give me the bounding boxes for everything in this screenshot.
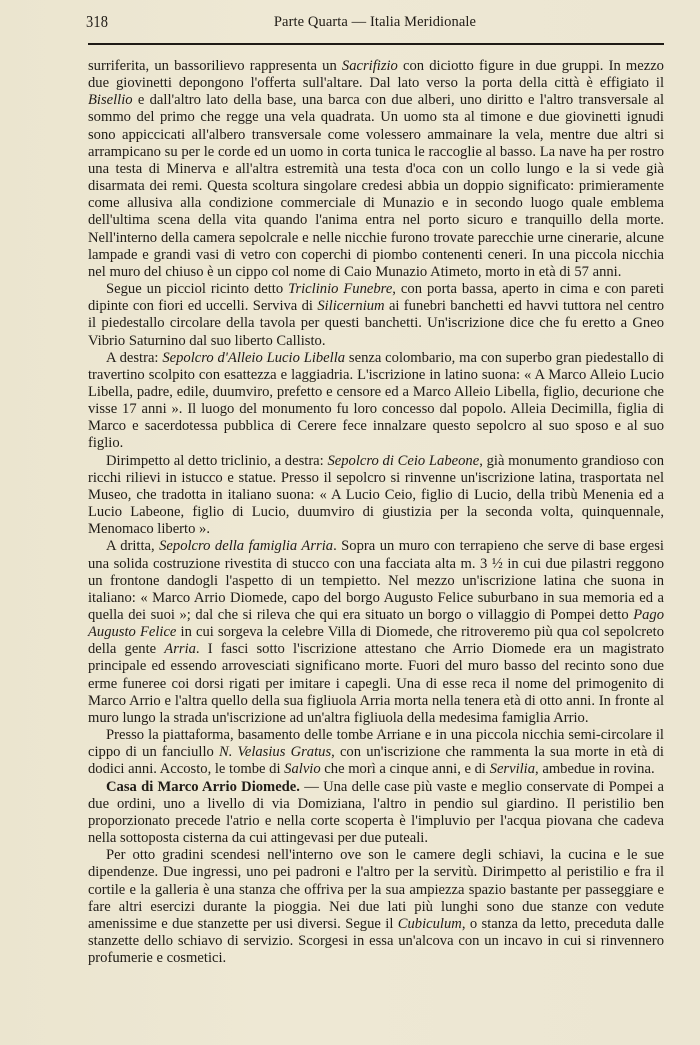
- paragraph: A destra: Sepolcro d'Alleio Lucio Libell…: [88, 350, 664, 453]
- paragraph: Segue un picciol ricinto detto Triclinio…: [88, 281, 664, 350]
- paragraph: Dirimpetto al detto triclinio, a destra:…: [88, 453, 664, 539]
- paragraph: Per otto gradini scendesi nell'interno o…: [88, 847, 664, 967]
- text-run: che morì a cinque anni, e di: [321, 761, 490, 777]
- text-run: A destra:: [106, 350, 162, 366]
- text-run: Dirimpetto al detto triclinio, a destra:: [106, 453, 327, 469]
- italic-term: Servilia: [490, 761, 535, 777]
- italic-term: Sepolcro d'Alleio Lucio Libella: [162, 350, 345, 366]
- italic-term: Sepolcro di Ceio Labeone: [327, 453, 479, 469]
- body-text: surriferita, un bassorilievo rappresenta…: [88, 58, 664, 967]
- italic-term: Salvio: [284, 761, 320, 777]
- italic-term: Bisellio: [88, 92, 133, 108]
- text-run: Segue un picciol ricinto detto: [106, 281, 288, 297]
- italic-term: Sepolcro della famiglia Arria: [159, 538, 333, 554]
- paragraph: surriferita, un bassorilievo rappresenta…: [88, 58, 664, 281]
- running-head: 318 Parte Quarta — Italia Meridionale: [86, 12, 664, 38]
- header-rule: [88, 43, 664, 45]
- book-page: 318 Parte Quarta — Italia Meridionale su…: [0, 0, 700, 1045]
- paragraph: Casa di Marco Arrio Diomede. — Una delle…: [88, 779, 664, 848]
- section-heading: Casa di Marco Arrio Diomede.: [106, 779, 300, 795]
- running-title: Parte Quarta — Italia Meridionale: [86, 14, 664, 31]
- text-run: A dritta,: [106, 538, 159, 554]
- text-run: e dall'altro lato della base, una barca …: [88, 92, 664, 280]
- italic-term: Arria: [164, 641, 196, 657]
- italic-term: Sacrifizio: [342, 58, 398, 74]
- text-run: surriferita, un bassorilievo rappresenta…: [88, 58, 342, 74]
- italic-term: Cubiculum: [398, 916, 462, 932]
- text-run: , ambedue in rovina.: [535, 761, 655, 777]
- paragraph: Presso la piattaforma, basamento delle t…: [88, 727, 664, 778]
- italic-term: N. Velasius Gratus: [219, 744, 331, 760]
- italic-term: Triclinio Funebre: [288, 281, 392, 297]
- italic-term: Silicernium: [317, 298, 384, 314]
- paragraph: A dritta, Sepolcro della famiglia Arria.…: [88, 538, 664, 727]
